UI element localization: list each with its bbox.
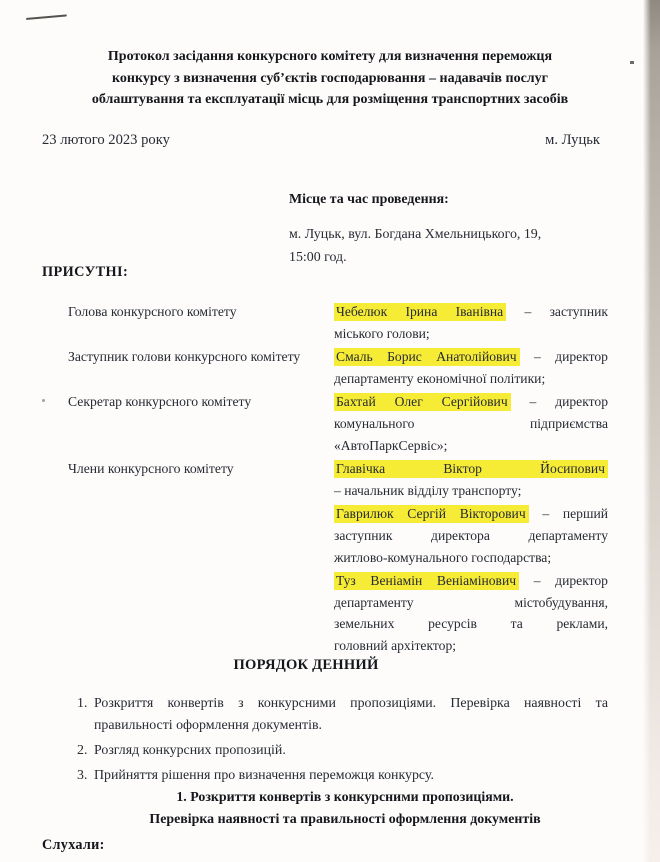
attendee-text: житлово-комунального господарства; bbox=[334, 550, 551, 565]
attendee-line: департаменту економічної політики; bbox=[334, 368, 608, 390]
attendee-line: Главічка Віктор Йосипович bbox=[334, 458, 608, 480]
attendee-line: Смаль Борис Анатолійович – директор bbox=[334, 346, 608, 368]
attendee-row: Члени конкурсного комітетуГлавічка Вікто… bbox=[68, 458, 608, 501]
attendee-line: земельних ресурсів та реклами, bbox=[334, 613, 608, 635]
document-city: м. Луцьк bbox=[545, 132, 600, 149]
attendee-text: департаменту економічної політики; bbox=[334, 371, 545, 386]
highlighted-name: Смаль Борис Анатолійович bbox=[334, 348, 520, 366]
highlighted-name: Чебелюк Ірина Іванівна bbox=[334, 303, 506, 321]
attendee-text: комунального підприємства bbox=[334, 416, 608, 431]
agenda-item: 3.Прийняття рішення про визначення перем… bbox=[77, 765, 608, 787]
section1-heading-line: Перевірка наявності та правильності офор… bbox=[80, 809, 610, 831]
place-time-line: м. Луцьк, вул. Богдана Хмельницького, 19… bbox=[289, 224, 541, 247]
agenda-item-number: 2. bbox=[77, 740, 94, 762]
agenda-item-line: Розкриття конвертів з конкурсними пропоз… bbox=[94, 693, 608, 715]
attendee-text: головний архітектор; bbox=[334, 638, 456, 653]
attendee-line: Туз Веніамін Веніамінович – директор bbox=[334, 570, 608, 592]
highlighted-name: Главічка Віктор Йосипович bbox=[334, 460, 608, 478]
attendee-line: департаменту містобудування, bbox=[334, 592, 608, 614]
agenda-item-line: Прийняття рішення про визначення перемож… bbox=[94, 765, 608, 787]
highlighted-name: Туз Веніамін Веніамінович bbox=[334, 572, 519, 590]
attendee-description: Чебелюк Ірина Іванівна – заступникмісько… bbox=[334, 301, 608, 344]
attendee-role: Голова конкурсного комітету bbox=[68, 301, 334, 344]
attendee-role: Члени конкурсного комітету bbox=[68, 458, 334, 501]
attendee-description: Бахтай Олег Сергійович – директоркомунал… bbox=[334, 391, 608, 456]
agenda-item-text: Прийняття рішення про визначення перемож… bbox=[94, 765, 608, 787]
attendee-line: головний архітектор; bbox=[334, 635, 608, 657]
attendee-text: – начальник відділу транспорту; bbox=[334, 483, 521, 498]
document-date: 23 лютого 2023 року bbox=[42, 132, 170, 149]
place-time-value: м. Луцьк, вул. Богдана Хмельницького, 19… bbox=[289, 224, 541, 269]
attendee-line: – начальник відділу транспорту; bbox=[334, 480, 608, 502]
attendee-row: Туз Веніамін Веніамінович – директордепа… bbox=[68, 570, 608, 656]
agenda-item-number: 3. bbox=[77, 765, 94, 787]
attendee-line: Чебелюк Ірина Іванівна – заступник bbox=[334, 301, 608, 323]
attendees-list: Голова конкурсного комітетуЧебелюк Ірина… bbox=[68, 301, 608, 659]
scan-speck bbox=[630, 61, 634, 64]
attendee-line: Гаврилюк Сергій Вікторович – перший bbox=[334, 503, 608, 525]
attendee-row: Секретар конкурсного комітетуБахтай Олег… bbox=[68, 391, 608, 456]
agenda-item-text: Розгляд конкурсних пропозицій. bbox=[94, 740, 608, 762]
place-time-line: 15:00 год. bbox=[289, 247, 541, 270]
attendee-role: Заступник голови конкурсного комітету bbox=[68, 346, 334, 389]
attendee-role bbox=[68, 570, 334, 656]
agenda-heading: ПОРЯДОК ДЕННИЙ bbox=[0, 657, 612, 674]
document-title: Протокол засідання конкурсного комітету … bbox=[45, 46, 615, 111]
title-line: облаштування та експлуатації місць для р… bbox=[45, 89, 615, 111]
attendee-line: міського голови; bbox=[334, 323, 608, 345]
attendee-text: міського голови; bbox=[334, 326, 430, 341]
attendee-line: житлово-комунального господарства; bbox=[334, 547, 608, 569]
attendee-line: «АвтоПаркСервіс»; bbox=[334, 435, 608, 457]
attendee-description: Главічка Віктор Йосипович– начальник від… bbox=[334, 458, 608, 501]
pen-mark bbox=[26, 14, 67, 19]
attendee-text: «АвтоПаркСервіс»; bbox=[334, 438, 447, 453]
attendee-text: земельних ресурсів та реклами, bbox=[334, 616, 608, 631]
highlighted-name: Гаврилюк Сергій Вікторович bbox=[334, 505, 529, 523]
attendee-text: департаменту містобудування, bbox=[334, 595, 608, 610]
agenda-list: 1.Розкриття конвертів з конкурсними проп… bbox=[77, 693, 608, 790]
attendee-role bbox=[68, 503, 334, 568]
agenda-item: 1.Розкриття конвертів з конкурсними проп… bbox=[77, 693, 608, 737]
attendee-line: комунального підприємства bbox=[334, 413, 608, 435]
attendee-row: Заступник голови конкурсного комітетуСма… bbox=[68, 346, 608, 389]
attendee-line: Бахтай Олег Сергійович – директор bbox=[334, 391, 608, 413]
title-line: конкурсу з визначення суб’єктів господар… bbox=[45, 68, 615, 90]
attendee-text: заступник директора департаменту bbox=[334, 528, 608, 543]
agenda-item-line: Розгляд конкурсних пропозицій. bbox=[94, 740, 608, 762]
agenda-item: 2.Розгляд конкурсних пропозицій. bbox=[77, 740, 608, 762]
attendee-line: заступник директора департаменту bbox=[334, 525, 608, 547]
scanned-document-page: Протокол засідання конкурсного комітету … bbox=[0, 0, 660, 862]
attendee-row: Гаврилюк Сергій Вікторович – першийзасту… bbox=[68, 503, 608, 568]
attendee-text: – директор bbox=[511, 394, 608, 409]
attendee-text: – директор bbox=[520, 349, 608, 364]
title-line: Протокол засідання конкурсного комітету … bbox=[45, 46, 615, 68]
attendee-text: – заступник bbox=[506, 304, 608, 319]
present-heading: ПРИСУТНІ: bbox=[42, 264, 128, 281]
listened-label: Слухали: bbox=[42, 837, 105, 854]
highlighted-name: Бахтай Олег Сергійович bbox=[334, 393, 511, 411]
date-place-row: 23 лютого 2023 року м. Луцьк bbox=[42, 132, 600, 149]
agenda-item-number: 1. bbox=[77, 693, 94, 737]
section1-heading-line: 1. Розкриття конвертів з конкурсними про… bbox=[80, 787, 610, 809]
scan-edge-shadow bbox=[643, 0, 660, 862]
attendee-description: Гаврилюк Сергій Вікторович – першийзасту… bbox=[334, 503, 608, 568]
section1-heading: 1. Розкриття конвертів з конкурсними про… bbox=[80, 787, 610, 831]
attendee-text: – перший bbox=[529, 506, 608, 521]
agenda-item-text: Розкриття конвертів з конкурсними пропоз… bbox=[94, 693, 608, 737]
attendee-row: Голова конкурсного комітетуЧебелюк Ірина… bbox=[68, 301, 608, 344]
stray-mark bbox=[42, 399, 45, 402]
attendee-role: Секретар конкурсного комітету bbox=[68, 391, 334, 456]
attendee-description: Смаль Борис Анатолійович – директордепар… bbox=[334, 346, 608, 389]
attendee-text: – директор bbox=[519, 573, 608, 588]
agenda-item-line: правильності оформлення документів. bbox=[94, 715, 608, 737]
place-time-heading: Місце та час проведення: bbox=[289, 192, 449, 208]
attendee-description: Туз Веніамін Веніамінович – директордепа… bbox=[334, 570, 608, 656]
